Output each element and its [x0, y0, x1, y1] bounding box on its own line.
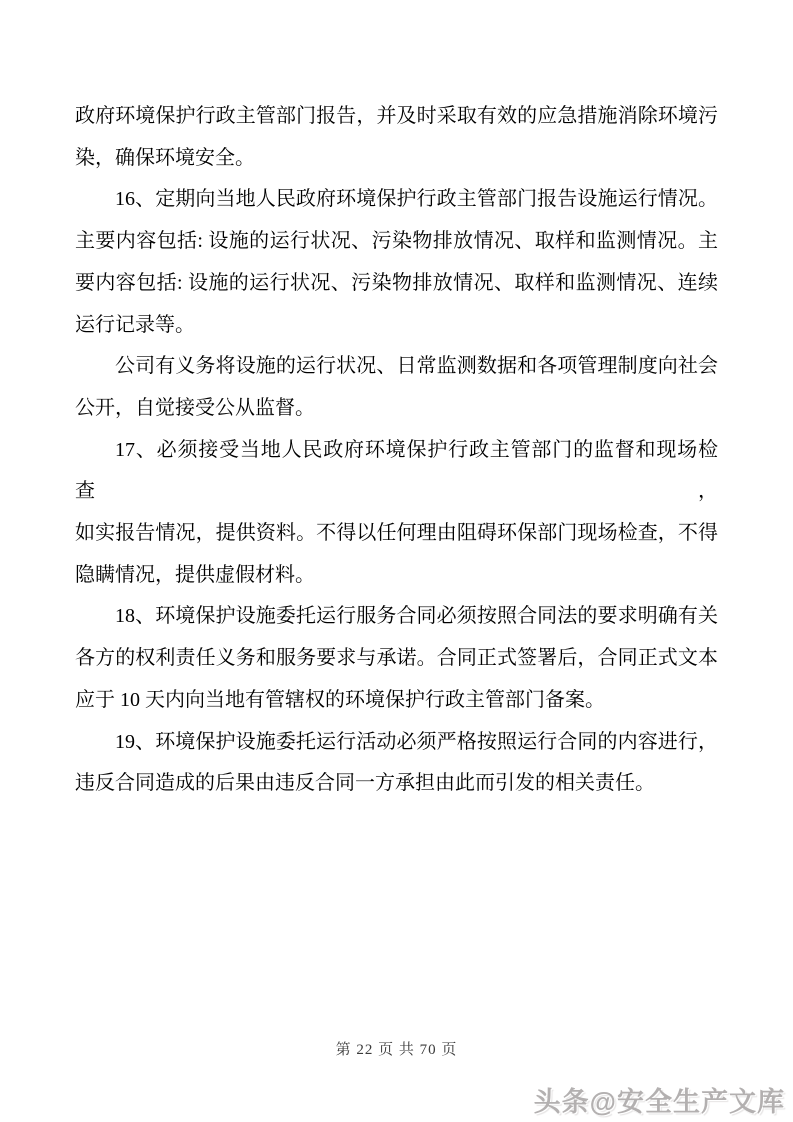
text-line: 隐瞒情况，提供虚假材料。 — [75, 555, 718, 597]
document-body: 政府环境保护行政主管部门报告，并及时采取有效的应急措施消除环境污染，确保环境安全… — [75, 96, 718, 805]
text-line: 运行记录等。 — [75, 305, 718, 347]
text-line: 要内容包括: 设施的运行状况、污染物排放情况、取样和监测情况、连续 — [75, 263, 718, 305]
text-line: 违反合同造成的后果由违反合同一方承担由此而引发的相关责任。 — [75, 763, 718, 805]
text-line: 主要内容包括: 设施的运行状况、污染物排放情况、取样和监测情况。主 — [75, 221, 718, 263]
text-line: 公开，自觉接受公从监督。 — [75, 388, 718, 430]
paragraph: 16、定期向当地人民政府环境保护行政主管部门报告设施运行情况。主要内容包括: 设… — [75, 179, 718, 346]
paragraph: 19、环境保护设施委托运行活动必须严格按照运行合同的内容进行，违反合同造成的后果… — [75, 722, 718, 805]
text-line: 如实报告情况，提供资料。不得以任何理由阻碍环保部门现场检查，不得 — [75, 513, 718, 555]
text-line: 18、环境保护设施委托运行服务合同必须按照合同法的要求明确有关 — [75, 596, 718, 638]
text-line: 染，确保环境安全。 — [75, 138, 718, 180]
text-line: 16、定期向当地人民政府环境保护行政主管部门报告设施运行情况。 — [75, 179, 718, 221]
paragraph: 18、环境保护设施委托运行服务合同必须按照合同法的要求明确有关各方的权利责任义务… — [75, 596, 718, 721]
paragraph: 政府环境保护行政主管部门报告，并及时采取有效的应急措施消除环境污染，确保环境安全… — [75, 96, 718, 179]
text-line: 17、必须接受当地人民政府环境保护行政主管部门的监督和现场检查， — [75, 430, 718, 513]
paragraph: 公司有义务将设施的运行状况、日常监测数据和各项管理制度向社会公开，自觉接受公从监… — [75, 346, 718, 429]
text-line: 政府环境保护行政主管部门报告，并及时采取有效的应急措施消除环境污 — [75, 96, 718, 138]
text-line: 各方的权利责任义务和服务要求与承诺。合同正式签署后，合同正式文本 — [75, 638, 718, 680]
page-indicator: 第 22 页 共 70 页 — [336, 1042, 458, 1058]
watermark-text: 头条@安全生产文库 — [534, 1080, 785, 1119]
text-line: 19、环境保护设施委托运行活动必须严格按照运行合同的内容进行， — [75, 722, 718, 764]
page-number-footer: 第 22 页 共 70 页 — [0, 1038, 793, 1059]
document-page: 政府环境保护行政主管部门报告，并及时采取有效的应急措施消除环境污染，确保环境安全… — [0, 0, 793, 1122]
paragraph: 17、必须接受当地人民政府环境保护行政主管部门的监督和现场检查，如实报告情况，提… — [75, 430, 718, 597]
text-line: 应于 10 天内向当地有管辖权的环境保护行政主管部门备案。 — [75, 680, 718, 722]
text-line: 公司有义务将设施的运行状况、日常监测数据和各项管理制度向社会 — [75, 346, 718, 388]
